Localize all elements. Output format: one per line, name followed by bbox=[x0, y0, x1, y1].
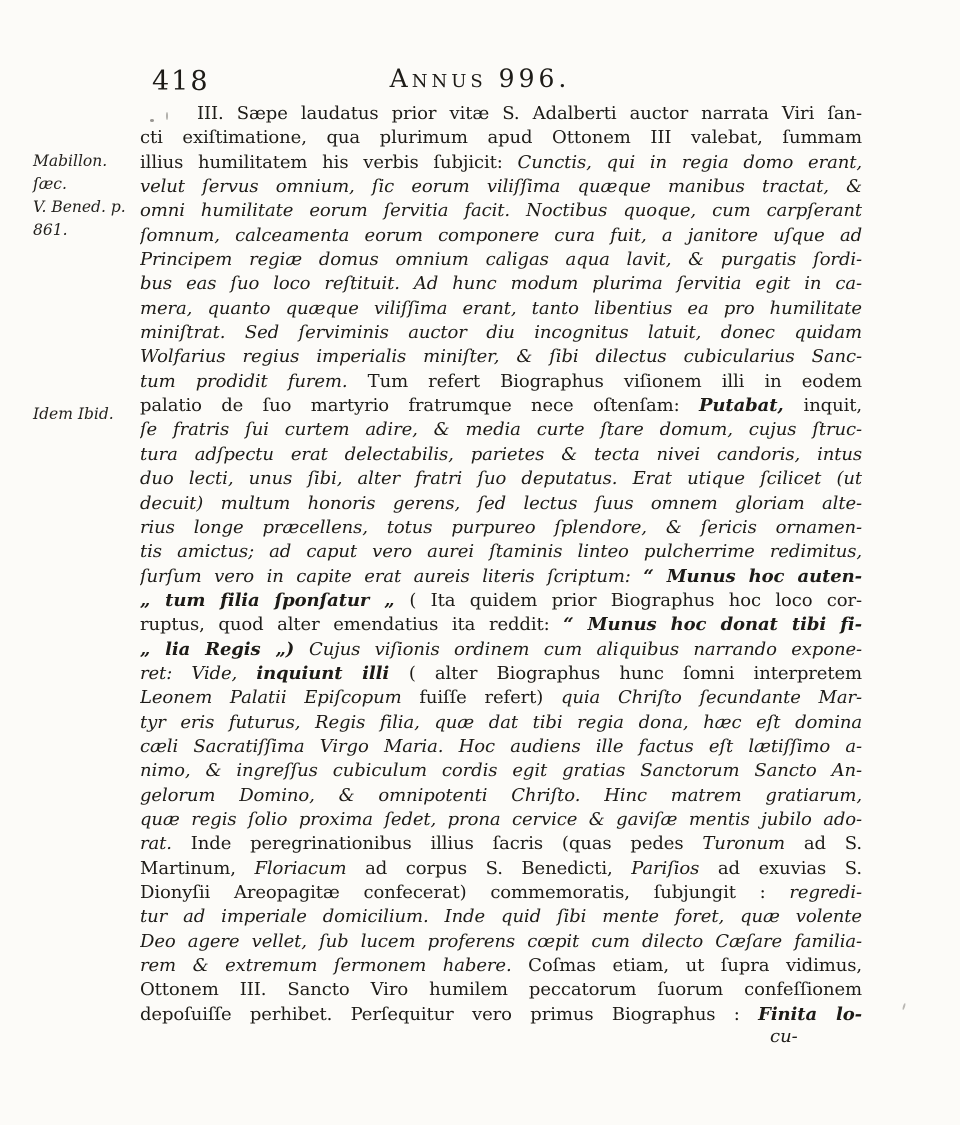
margin-note-citation-idem: Idem Ibid. bbox=[33, 403, 145, 426]
italic-run: gelorum Domino, & omnipotenti Chriſto. H… bbox=[140, 785, 862, 806]
text-line: palatio de ſuo martyrio fratrumque nece … bbox=[140, 394, 862, 418]
italic-run: quia Chriſto ſecundante Mar- bbox=[561, 687, 862, 708]
text-line: illius humilitatem his verbis ſubjicit: … bbox=[140, 151, 862, 175]
margin-note-line: Idem Ibid. bbox=[33, 403, 145, 426]
body-text: III. Sæpe laudatus prior vitæ S. Adalber… bbox=[140, 102, 862, 1027]
italic-run: nimo, & ingreſſus cubiculum cordis egit … bbox=[140, 760, 862, 781]
text-line: ruptus, quod alter emendatius ita reddit… bbox=[140, 613, 862, 637]
italic-run: Turonum bbox=[702, 833, 785, 854]
italic-run: rat. bbox=[140, 833, 191, 854]
text-line: ſe fratris ſui curtem adire, & media cur… bbox=[140, 418, 862, 442]
text-line: cti exiſtimatione, qua plurimum apud Ott… bbox=[140, 126, 862, 150]
roman-run: ruptus, quod alter emendatius ita reddit… bbox=[140, 614, 563, 635]
bold-italic-run: Finita lo- bbox=[758, 1004, 862, 1025]
text-line: tura adſpectu erat delectabilis, pariete… bbox=[140, 443, 862, 467]
italic-run: decuit) multum honoris gerens, ſed lectu… bbox=[140, 493, 862, 514]
roman-run: Ottonem III. Sancto Viro humilem peccato… bbox=[140, 979, 862, 1000]
roman-run: ad corpus S. Benedicti, bbox=[346, 858, 631, 879]
text-line: bus eas ſuo loco reſtituit. Ad hunc modu… bbox=[140, 272, 862, 296]
margin-note-line: Mabillon. ſæc. bbox=[33, 150, 145, 196]
italic-run: Cunctis, qui in regia domo erant, bbox=[518, 152, 862, 173]
margin-note-citation-mabillon: Mabillon. ſæc.V. Bened. p.861. bbox=[33, 150, 145, 242]
italic-run: ſurſum vero in capite erat aureis literi… bbox=[140, 566, 643, 587]
text-line: depoſuiſſe perhibet. Perſequitur vero pr… bbox=[140, 1003, 862, 1027]
roman-run: depoſuiſſe perhibet. Perſequitur vero pr… bbox=[140, 1004, 758, 1025]
roman-run: fuiſſe refert) bbox=[419, 687, 561, 708]
ink-speck bbox=[166, 112, 168, 120]
text-line: decuit) multum honoris gerens, ſed lectu… bbox=[140, 492, 862, 516]
italic-run: Deo agere vellet, ſub lucem proferens cœ… bbox=[140, 931, 862, 952]
text-line: ſurſum vero in capite erat aureis literi… bbox=[140, 565, 862, 589]
italic-run: tur ad imperiale domicilium. Inde quid ſ… bbox=[140, 906, 862, 927]
text-line: Leonem Palatii Epiſcopum fuiſſe refert) … bbox=[140, 686, 862, 710]
italic-run: rem & extremum ſermonem habere. bbox=[140, 955, 528, 976]
text-line: tur ad imperiale domicilium. Inde quid ſ… bbox=[140, 905, 862, 929]
roman-run: illius humilitatem his verbis ſubjicit: bbox=[140, 152, 518, 173]
margin-note-line: V. Bened. p. bbox=[33, 196, 145, 219]
roman-run: ad exuvias S. bbox=[699, 858, 862, 879]
text-line: ret: Vide, inquiunt illi ( alter Biograp… bbox=[140, 662, 862, 686]
italic-run: ret: Vide, bbox=[140, 663, 256, 684]
roman-run: Martinum, bbox=[140, 858, 254, 879]
ink-speck bbox=[150, 119, 154, 122]
roman-run: ad S. bbox=[785, 833, 862, 854]
text-line: mera, quanto quæque viliſſima erant, tan… bbox=[140, 297, 862, 321]
text-line: Dionyſii Areopagitæ confecerat) commemor… bbox=[140, 881, 862, 905]
text-line: nimo, & ingreſſus cubiculum cordis egit … bbox=[140, 759, 862, 783]
text-line: Principem regiæ domus omnium caligas aqu… bbox=[140, 248, 862, 272]
italic-run: miniſtrat. Sed ſerviminis auctor diu inc… bbox=[140, 322, 862, 343]
margin-note-line: 861. bbox=[33, 219, 145, 242]
italic-run: velut ſervus omnium, ſic eorum viliſſima… bbox=[140, 176, 862, 197]
text-line: quæ regis ſolio proxima ſedet, prona cer… bbox=[140, 808, 862, 832]
running-head: Annus 996. bbox=[0, 64, 960, 93]
italic-run: tyr eris futurus, Regis filia, quæ dat t… bbox=[140, 712, 862, 733]
text-line: Ottonem III. Sancto Viro humilem peccato… bbox=[140, 978, 862, 1002]
text-line: tum prodidit furem. Tum refert Biographu… bbox=[140, 370, 862, 394]
italic-run: omni humilitate eorum ſervitia facit. No… bbox=[140, 200, 862, 221]
text-line: rius longe præcellens, totus purpureo ſp… bbox=[140, 516, 862, 540]
italic-run: Principem regiæ domus omnium caligas aqu… bbox=[140, 249, 862, 270]
italic-run: tum prodidit furem. bbox=[140, 371, 368, 392]
roman-run: III. Sæpe laudatus prior vitæ S. Adalber… bbox=[197, 103, 862, 124]
roman-run: ( Ita quidem prior Biographus hoc loco c… bbox=[409, 590, 862, 611]
italic-run: quæ regis ſolio proxima ſedet, prona cer… bbox=[140, 809, 862, 830]
roman-run: Inde peregrinationibus illius ſacris (qu… bbox=[191, 833, 703, 854]
italic-run: Leonem Palatii Epiſcopum bbox=[140, 687, 419, 708]
roman-run: Tum refert Biographus viſionem illi in e… bbox=[368, 371, 862, 392]
roman-run: ( alter Biographus hunc ſomni interprete… bbox=[409, 663, 862, 684]
roman-run: Coſmas etiam, ut ſupra vidimus, bbox=[528, 955, 862, 976]
text-line: tyr eris futurus, Regis filia, quæ dat t… bbox=[140, 711, 862, 735]
text-line: „ tum filia ſponſatur „ ( Ita quidem pri… bbox=[140, 589, 862, 613]
text-line: Deo agere vellet, ſub lucem proferens cœ… bbox=[140, 930, 862, 954]
italic-run: Pariſios bbox=[631, 858, 699, 879]
text-line: duo lecti, unus ſibi, alter fratri ſuo d… bbox=[140, 467, 862, 491]
bold-italic-run: “ Munus hoc donat tibi fi- bbox=[563, 614, 862, 635]
text-line: „ lia Regis „) Cujus viſionis ordinem cu… bbox=[140, 638, 862, 662]
roman-run: cti exiſtimatione, qua plurimum apud Ott… bbox=[140, 127, 862, 148]
italic-run: Floriacum bbox=[254, 858, 346, 879]
bold-italic-run: „ tum filia ſponſatur „ bbox=[140, 590, 409, 611]
catchword: cu- bbox=[770, 1026, 798, 1047]
ink-speck bbox=[902, 1003, 906, 1010]
text-line: omni humilitate eorum ſervitia facit. No… bbox=[140, 199, 862, 223]
bold-italic-run: “ Munus hoc auten- bbox=[643, 566, 862, 587]
text-line: ſomnum, calceamenta eorum componere cura… bbox=[140, 224, 862, 248]
italic-run: rius longe præcellens, totus purpureo ſp… bbox=[140, 517, 862, 538]
text-line: Martinum, Floriacum ad corpus S. Benedic… bbox=[140, 857, 862, 881]
text-line: rem & extremum ſermonem habere. Coſmas e… bbox=[140, 954, 862, 978]
italic-run: Wolfarius regius imperialis miniſter, & … bbox=[140, 346, 862, 367]
italic-run: bus eas ſuo loco reſtituit. Ad hunc modu… bbox=[140, 273, 862, 294]
italic-run: tis amictus; ad caput vero aurei ſtamini… bbox=[140, 541, 862, 562]
text-line: III. Sæpe laudatus prior vitæ S. Adalber… bbox=[140, 102, 862, 126]
text-line: miniſtrat. Sed ſerviminis auctor diu inc… bbox=[140, 321, 862, 345]
text-line: cæli Sacratiſſima Virgo Maria. Hoc audie… bbox=[140, 735, 862, 759]
text-line: velut ſervus omnium, ſic eorum viliſſima… bbox=[140, 175, 862, 199]
text-line: rat. Inde peregrinationibus illius ſacri… bbox=[140, 832, 862, 856]
italic-run: tura adſpectu erat delectabilis, pariete… bbox=[140, 444, 862, 465]
italic-run: regredi- bbox=[789, 882, 862, 903]
text-line: Wolfarius regius imperialis miniſter, & … bbox=[140, 345, 862, 369]
book-page: 418 Annus 996. Mabillon. ſæc.V. Bened. p… bbox=[0, 0, 960, 1125]
italic-run: Cujus viſionis ordinem cum aliquibus nar… bbox=[309, 639, 862, 660]
roman-run: Dionyſii Areopagitæ confecerat) commemor… bbox=[140, 882, 789, 903]
roman-run: palatio de ſuo martyrio fratrumque nece … bbox=[140, 395, 699, 416]
text-line: tis amictus; ad caput vero aurei ſtamini… bbox=[140, 540, 862, 564]
bold-italic-run: „ lia Regis „) bbox=[140, 639, 309, 660]
italic-run: duo lecti, unus ſibi, alter fratri ſuo d… bbox=[140, 468, 862, 489]
bold-italic-run: Putabat, bbox=[699, 395, 804, 416]
italic-run: cæli Sacratiſſima Virgo Maria. Hoc audie… bbox=[140, 736, 862, 757]
text-line: gelorum Domino, & omnipotenti Chriſto. H… bbox=[140, 784, 862, 808]
italic-run: ſomnum, calceamenta eorum componere cura… bbox=[140, 225, 862, 246]
italic-run: ſe fratris ſui curtem adire, & media cur… bbox=[140, 419, 862, 440]
italic-run: mera, quanto quæque viliſſima erant, tan… bbox=[140, 298, 862, 319]
roman-run: inquit, bbox=[804, 395, 862, 416]
bold-italic-run: inquiunt illi bbox=[256, 663, 409, 684]
